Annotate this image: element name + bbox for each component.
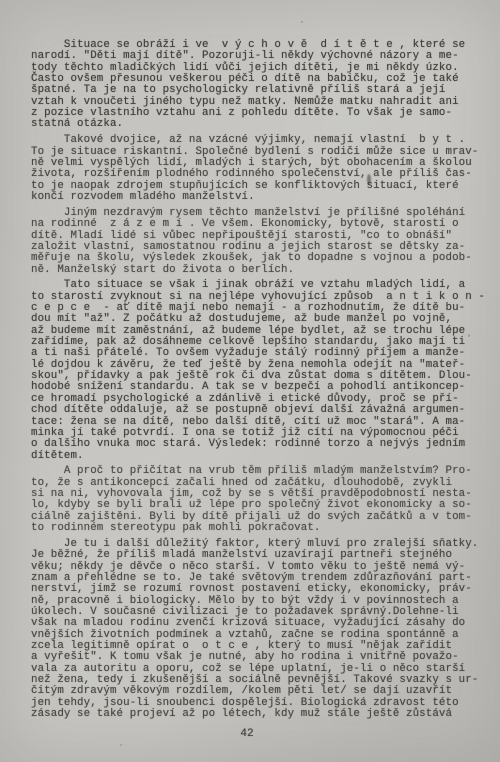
text-line: života, rozšířením plodného rodinného sp… [31, 169, 481, 180]
text-line: o dalšího vnuka moc stará. Výsledek: rod… [31, 439, 481, 450]
text-line: nerství, jímž se rozumí rovnost postaven… [31, 584, 481, 595]
text-line: narodí. "Děti mají dítě". Pozoruji-li ně… [31, 51, 481, 62]
page-number: 42 [0, 728, 494, 740]
text-line: dítětem. [31, 451, 481, 462]
paragraph: A proč to přičítat na vrub těm příliš ml… [31, 466, 481, 534]
text-line: však na mladou rodinu zvenčí krizová sit… [31, 618, 481, 629]
paragraph: Je tu i další důležitý faktor, který mlu… [31, 539, 481, 721]
text-line: končí rozvodem mladého manželství. [31, 192, 481, 203]
scan-speck [367, 174, 371, 185]
text-line: zásady se také projeví až po létech, kdy… [31, 709, 481, 720]
text-line: to rodinném stereotypu pak mohli pokračo… [31, 523, 481, 534]
scan-speck [301, 21, 303, 23]
text-line: statná otázka. [31, 119, 481, 130]
scanned-page: Situace se obráží i ve v ý c h o v ě d í… [0, 0, 500, 762]
scan-speck [452, 604, 454, 606]
text-block: Situace se obráží i ve v ý c h o v ě d í… [31, 40, 481, 725]
text-line: chod dítěte oddaluje, až se postupně obj… [31, 405, 481, 416]
text-line: měřuje na školu, výsledek zkoušek, jak t… [31, 253, 481, 264]
paragraph: Situace se obráží i ve v ý c h o v ě d í… [31, 40, 481, 131]
scan-speck [468, 334, 470, 337]
scan-speck [120, 744, 122, 746]
text-line: Je běžné, že příliš mladá manželství uza… [31, 550, 481, 561]
scan-speck [58, 700, 61, 702]
text-line: na rodinné z á z e m í . Ve všem. Ekonom… [31, 219, 481, 230]
text-line: ně. Manželský start do života o berlích. [31, 265, 481, 276]
text-line: Takové dvojice, až na vzácné výjimky, ne… [31, 135, 481, 146]
paragraph: Tato situace se však i jinak obráží ve v… [31, 280, 481, 462]
paragraph: Jiným nezdravým rysem těchto manželství … [31, 208, 481, 276]
paragraph: Takové dvojice, až na vzácné výjimky, ne… [31, 135, 481, 203]
